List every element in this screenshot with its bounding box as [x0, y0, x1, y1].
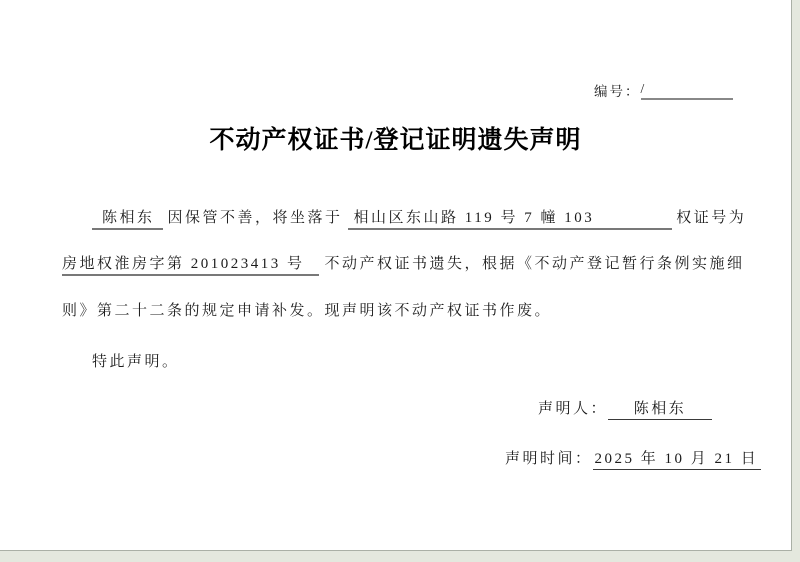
date-value: 2025 年 10 月 21 日: [593, 447, 762, 470]
body-text-rest: 不动产权证书遗失，根据《不动产登记暂行条例实施细: [325, 256, 745, 272]
doc-number-row: 编号：/: [594, 80, 733, 100]
body-line-1: 陈相东因保管不善，将坐落于相山区东山路 119 号 7 幢 103权证号为: [62, 206, 746, 230]
declaration-date-row: 声明时间：2025 年 10 月 21 日: [505, 447, 761, 470]
doc-number-value: /: [641, 81, 733, 100]
doc-number-label: 编号：: [594, 84, 641, 99]
declarant-name-underline: 陈相东: [92, 210, 163, 230]
declarant-signature-value: 陈相东: [608, 397, 712, 420]
closing-statement: 特此声明。: [62, 350, 180, 371]
declarant-signature-row: 声明人：陈相东: [538, 397, 712, 420]
declarant-label: 声明人：: [538, 401, 608, 417]
date-label: 声明时间：: [505, 451, 593, 467]
document-page: 编号：/ 不动产权证书/登记证明遗失声明 陈相东因保管不善，将坐落于相山区东山路…: [0, 0, 792, 551]
page-title: 不动产权证书/登记证明遗失声明: [0, 120, 791, 156]
property-address-underline: 相山区东山路 119 号 7 幢 103: [348, 210, 673, 230]
body-text-mid: 因保管不善，将坐落于: [168, 210, 343, 226]
body-text-tail: 权证号为: [676, 210, 746, 226]
body-line-3: 则》第二十二条的规定申请补发。现声明该不动产权证书作废。: [62, 299, 552, 320]
certificate-number-underline: 房地权淮房字第 201023413 号: [62, 256, 319, 276]
body-line-2: 房地权淮房字第 201023413 号不动产权证书遗失，根据《不动产登记暂行条例…: [62, 252, 745, 276]
